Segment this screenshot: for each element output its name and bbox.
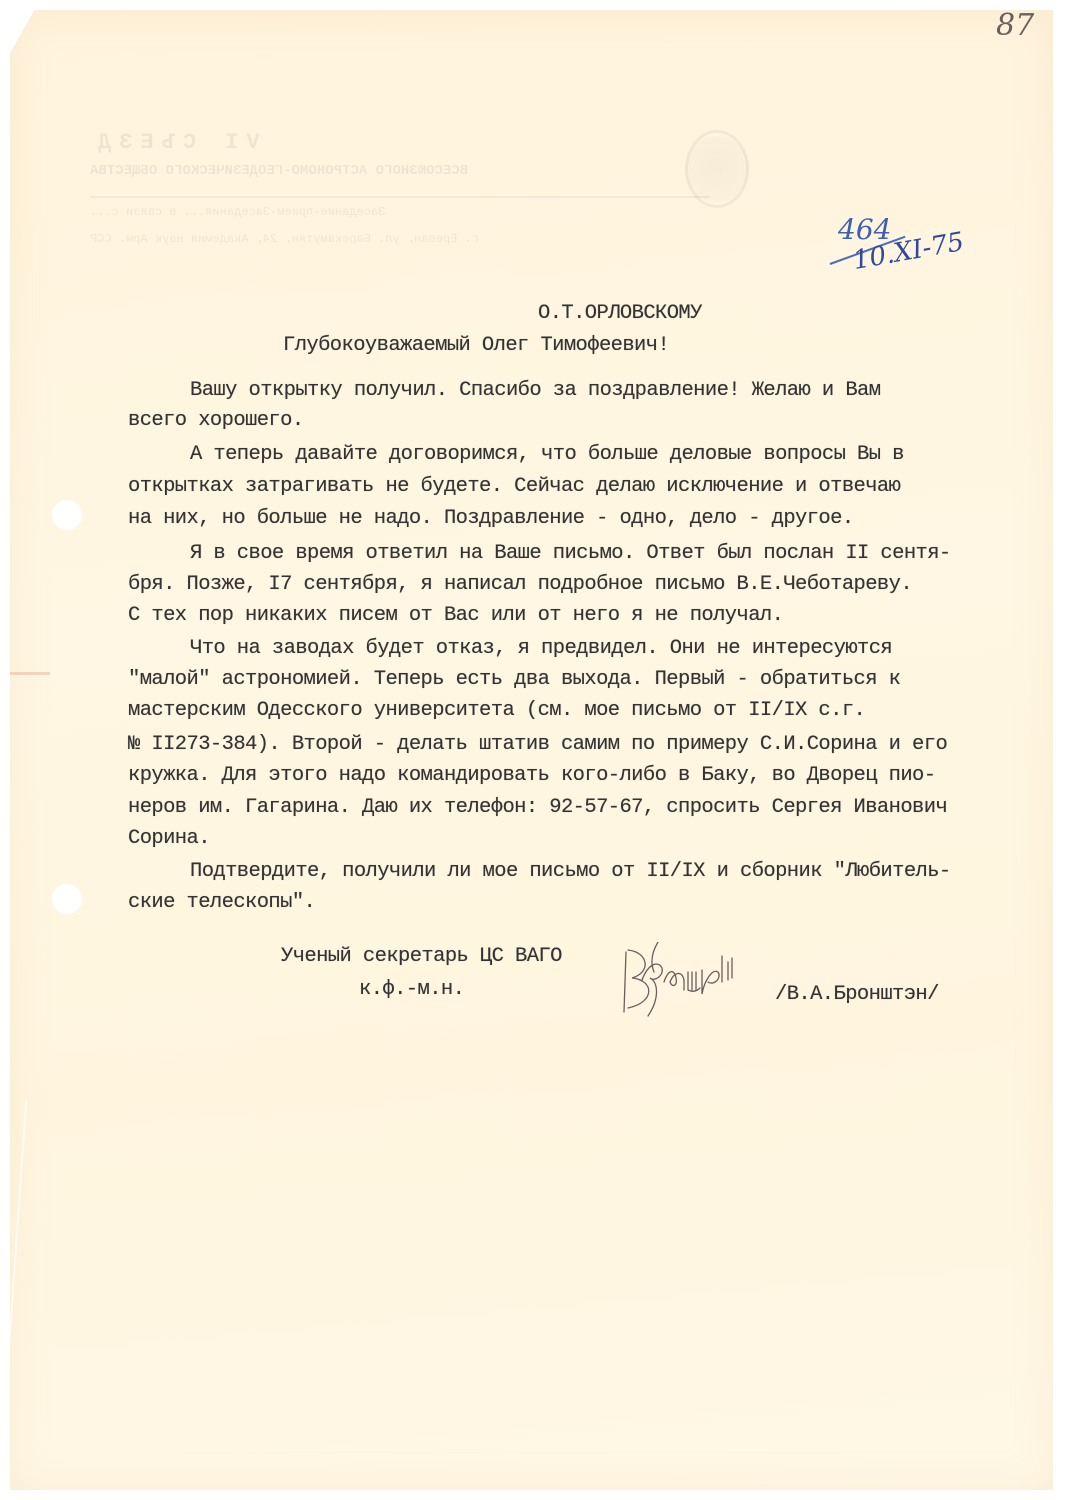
body-line: С тех пор никаких писем от Вас или от не… bbox=[128, 604, 783, 627]
body-line: Подтвердите, получили ли мое письмо от I… bbox=[190, 860, 951, 883]
signatory-title: Ученый секретарь ЦС ВАГО bbox=[281, 945, 562, 968]
letterhead-bleed-line2: Заседание-прием-Заседания... в связи с..… bbox=[90, 205, 385, 219]
salutation: Глубокоуважаемый Олег Тимофеевич! bbox=[283, 334, 669, 357]
body-line: бря. Позже, I7 сентября, я написал подро… bbox=[128, 573, 912, 596]
letterhead-bleed-address: г. Ереван, ул. Барекамутян, 24, Академия… bbox=[90, 232, 479, 246]
addressee: О.Т.ОРЛОВСКОМУ bbox=[538, 302, 702, 325]
body-line: "малой" астрономией. Теперь есть два вых… bbox=[128, 668, 900, 691]
body-line: А теперь давайте договоримся, что больше… bbox=[190, 443, 904, 466]
body-line: Я в свое время ответил на Ваше письмо. О… bbox=[190, 542, 951, 565]
signatory-degree: к.ф.-м.н. bbox=[359, 978, 464, 1001]
punch-hole-top bbox=[52, 500, 82, 530]
body-line: № II273-384). Второй - делать штатив сам… bbox=[128, 733, 947, 756]
body-line: на них, но больше не надо. Поздравление … bbox=[128, 507, 854, 530]
letterhead-bleed-org: ВСЕСОЮЗНОГО АСТРОНОМО-ГЕОДЕЗИЧЕСКОГО ОБЩ… bbox=[90, 163, 468, 179]
body-line: неров им. Гагарина. Даю их телефон: 92-5… bbox=[128, 796, 947, 819]
body-line: кружка. Для этого надо командировать ког… bbox=[128, 764, 935, 787]
body-line: Что на заводах будет отказ, я предвидел.… bbox=[190, 637, 892, 660]
body-line: ские телескопы". bbox=[128, 891, 315, 914]
handwritten-signature-icon bbox=[618, 942, 778, 1022]
punch-hole-bottom bbox=[52, 884, 82, 914]
letterhead-bleed-rule bbox=[90, 196, 710, 198]
emblem-icon bbox=[685, 130, 749, 208]
body-line: открытках затрагивать не будете. Сейчас … bbox=[128, 475, 900, 498]
handwritten-page-number: 87 bbox=[996, 8, 1034, 43]
body-line: Вашу открытку получил. Спасибо за поздра… bbox=[190, 379, 880, 402]
paper-crease bbox=[10, 672, 50, 675]
body-line: мастерским Одесского университета (см. м… bbox=[128, 699, 865, 722]
body-line: всего хорошего. bbox=[128, 409, 304, 432]
signatory-name: /В.А.Бронштэн/ bbox=[775, 983, 939, 1006]
body-line: Сорина. bbox=[128, 827, 210, 850]
letterhead-bleed-title: VI СЪЕЗД bbox=[90, 130, 260, 155]
